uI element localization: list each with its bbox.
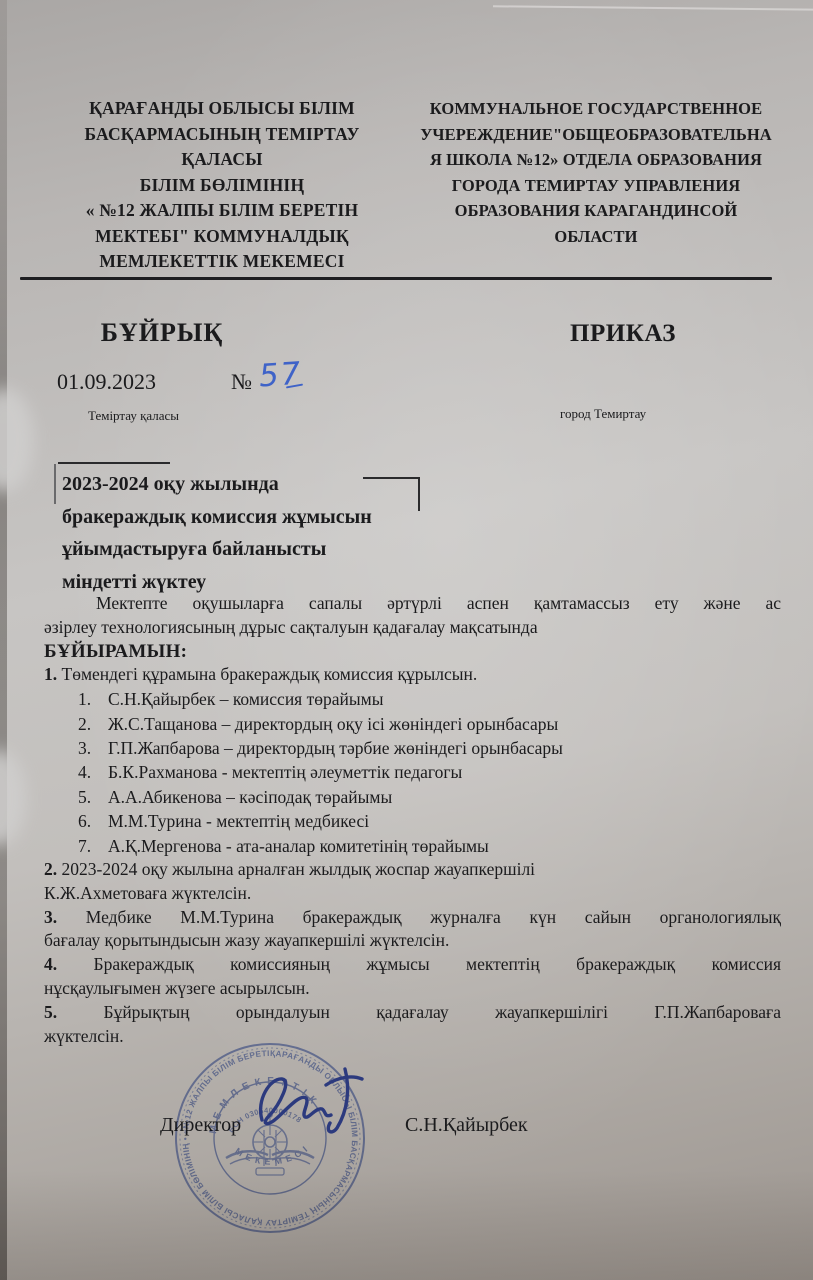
commission-member: 4.Б.К.Рахманова - мектептің әлеуметтік п… [44, 760, 781, 784]
order-subject: 2023-2024 оқу жылында бракераждық комисс… [62, 468, 402, 598]
order-title-kk: БҰЙРЫҚ [72, 318, 252, 348]
letterhead-line: « №12 ЖАЛПЫ БІЛІМ БЕРЕТІН [42, 198, 402, 224]
scanned-order-document: ҚАРАҒАНДЫ ОБЛЫСЫ БІЛІМ БАСҚАРМАСЫНЫҢ ТЕМ… [0, 0, 813, 1280]
letterhead-line: МЕКТЕБІ" КОММУНАЛДЫҚ [42, 224, 402, 250]
commission-member-number: 6. [78, 809, 108, 833]
order-item: 3. Медбике М.М.Турина бракераждық журнал… [44, 906, 781, 954]
commission-member-number: 5. [78, 785, 108, 809]
commission-member: 3.Г.П.Жапбарова – директордың тәрбие жөн… [44, 736, 781, 760]
order-body: Мектепте оқушыларға сапалы әртүрлі аспен… [44, 592, 781, 1048]
preamble-line: әзірлеу технологиясының дұрыс сақталуын … [44, 616, 781, 640]
commission-member: 5.А.А.Абикенова – кәсіподақ төрайымы [44, 785, 781, 809]
order-item-text: нұсқаулығымен жүзеге асырылсын. [44, 977, 781, 1001]
commission-member: 6.М.М.Турина - мектептің медбикесі [44, 809, 781, 833]
order-title-ru: ПРИКАЗ [548, 320, 698, 348]
letterhead-line: Я ШКОЛА №12» ОТДЕЛА ОБРАЗОВАНИЯ [402, 147, 790, 173]
photo-blur-artifact [0, 750, 26, 846]
order-item: 4. Бракераждық комиссияның жұмысы мектеп… [44, 953, 781, 1001]
letterhead-line: КОММУНАЛЬНОЕ ГОСУДАРСТВЕННОЕ [402, 96, 790, 122]
order-item-text: жүктелсін. [44, 1025, 781, 1049]
letterhead-russian: КОММУНАЛЬНОЕ ГОСУДАРСТВЕННОЕ УЧЕРЕЖДЕНИЕ… [402, 96, 790, 249]
subject-line: бракераждық комиссия жұмысын [62, 501, 402, 534]
letterhead-line: УЧЕРЕЖДЕНИЕ"ОБЩЕОБРАЗОВАТЕЛЬНА [402, 122, 790, 148]
commission-member: 1.С.Н.Қайырбек – комиссия төрайымы [44, 687, 781, 711]
order-item-number: 5. [44, 1002, 57, 1022]
order-item-text: Медбике М.М.Турина бракераждық журналға … [86, 907, 781, 927]
letterhead-line: ОБЛАСТИ [402, 224, 790, 250]
letterhead-line: БАСҚАРМАСЫНЫҢ ТЕМІРТАУ ҚАЛАСЫ [42, 122, 402, 173]
order-item: 2. 2023-2024 оқу жылына арналған жылдық … [44, 858, 781, 906]
commission-member-number: 2. [78, 712, 108, 736]
order-number-handwritten: 57 [258, 356, 304, 395]
order-number-label: № [231, 369, 252, 395]
template-overline-mark [58, 462, 170, 464]
commission-member-text: С.Н.Қайырбек – комиссия төрайымы [108, 689, 383, 709]
order-item-number: 1. [44, 664, 57, 684]
order-item-text: 2023-2024 оқу жылына арналған жылдық жос… [62, 859, 536, 879]
commission-member-text: М.М.Турина - мектептің медбикесі [108, 811, 369, 831]
commission-member: 7.А.Қ.Мергенова - ата-аналар комитетінің… [44, 834, 781, 858]
photo-left-edge-shadow [0, 0, 7, 1280]
order-item: 1. Төмендегі құрамына бракераждық комисс… [44, 663, 781, 687]
order-item-text: Төмендегі құрамына бракераждық комиссия … [62, 664, 478, 684]
director-signature [246, 1064, 378, 1152]
resolve-word: БҰЙЫРАМЫН: [44, 640, 781, 664]
order-item: 5. Бұйрықтың орындалуын қадағалау жауапк… [44, 1001, 781, 1049]
paper-top-edge [493, 5, 813, 10]
commission-member-text: А.Қ.Мергенова - ата-аналар комитетінің т… [108, 836, 489, 856]
subject-line: ұйымдастыруға байланысты [62, 533, 402, 566]
commission-member-text: А.А.Абикенова – кәсіподақ төрайымы [108, 787, 392, 807]
preamble-line: Мектепте оқушыларға сапалы әртүрлі аспен… [44, 592, 781, 616]
letterhead-kazakh: ҚАРАҒАНДЫ ОБЛЫСЫ БІЛІМ БАСҚАРМАСЫНЫҢ ТЕМ… [42, 96, 402, 275]
place-russian: город Темиртау [560, 406, 646, 422]
commission-member-text: Б.К.Рахманова - мектептің әлеуметтік пед… [108, 762, 462, 782]
order-item-text: Бұйрықтың орындалуын қадағалау жауапкерш… [104, 1002, 781, 1022]
commission-list: 1.С.Н.Қайырбек – комиссия төрайымы 2.Ж.С… [44, 687, 781, 858]
preamble: Мектепте оқушыларға сапалы әртүрлі аспен… [44, 592, 781, 640]
order-item-number: 2. [44, 859, 57, 879]
place-kazakh: Теміртау қаласы [88, 408, 179, 424]
commission-member: 2.Ж.С.Тащанова – директордың оқу ісі жөн… [44, 712, 781, 736]
commission-member-number: 4. [78, 760, 108, 784]
letterhead-line: МЕМЛЕКЕТТІК МЕКЕМЕСІ [42, 249, 402, 275]
commission-member-text: Ж.С.Тащанова – директордың оқу ісі жөнін… [108, 714, 558, 734]
subject-line: 2023-2024 оқу жылында [62, 468, 402, 501]
order-item-number: 3. [44, 907, 57, 927]
photo-blur-artifact [0, 388, 34, 492]
commission-member-number: 7. [78, 834, 108, 858]
header-divider-line [20, 277, 772, 280]
order-date: 01.09.2023 [57, 369, 156, 395]
order-item-text: К.Ж.Ахметоваға жүктелсін. [44, 882, 781, 906]
commission-member-text: Г.П.Жапбарова – директордың тәрбие жөнін… [108, 738, 563, 758]
letterhead-line: БІЛІМ БӨЛІМІНІҢ [42, 173, 402, 199]
order-item-number: 4. [44, 954, 57, 974]
order-item-text: Бракераждық комиссияның жұмысы мектептің… [94, 954, 781, 974]
photo-vignette [0, 1170, 813, 1280]
commission-member-number: 1. [78, 687, 108, 711]
letterhead-line: ОБРАЗОВАНИЯ КАРАГАНДИНСОЙ [402, 198, 790, 224]
signer-name: С.Н.Қайырбек [405, 1114, 528, 1137]
commission-member-number: 3. [78, 736, 108, 760]
order-item-text: бағалау қорытындысын жазу жауапкершілі ж… [44, 929, 781, 953]
letterhead-line: ГОРОДА ТЕМИРТАУ УПРАВЛЕНИЯ [402, 173, 790, 199]
letterhead-line: ҚАРАҒАНДЫ ОБЛЫСЫ БІЛІМ [42, 96, 402, 122]
template-left-tick-mark [54, 464, 56, 504]
